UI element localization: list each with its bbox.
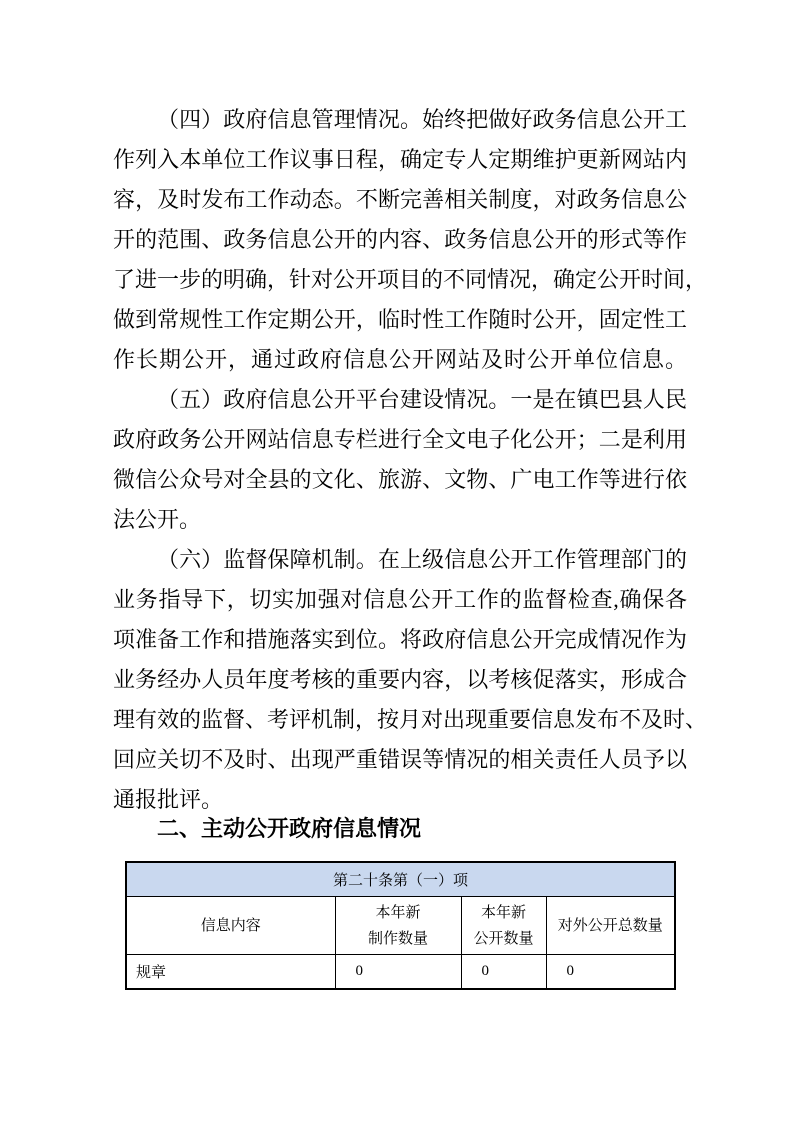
table-cell-value: 0 bbox=[461, 955, 546, 990]
table-cell-value: 0 bbox=[546, 955, 675, 990]
paragraph-5-line: 政府政务公开网站信息专栏进行全文电子化公开；二是利用 bbox=[113, 420, 687, 460]
paragraph-5-line: 微信公众号对全县的文化、旅游、文物、广电工作等进行依 bbox=[113, 460, 687, 500]
paragraph-4-line: 开的范围、政务信息公开的内容、政务信息公开的形式等作 bbox=[113, 220, 687, 260]
disclosure-table: 第二十条第（一）项 信息内容 本年新 制作数量 本年新 公开数量 对外公开总数量… bbox=[125, 861, 676, 990]
paragraph-4-line: 作长期公开，通过政府信息公开网站及时公开单位信息。 bbox=[113, 340, 687, 380]
paragraph-4-line: 做到常规性工作定期公开，临时性工作随时公开，固定性工 bbox=[113, 300, 687, 340]
paragraph-4-line: 作列入本单位工作议事日程，确定专人定期维护更新网站内 bbox=[113, 140, 687, 180]
paragraph-6-line: 理有效的监督、考评机制，按月对出现重要信息发布不及时、 bbox=[113, 700, 687, 740]
table-row: 规章 0 0 0 bbox=[126, 955, 675, 990]
paragraph-6-line: 项准备工作和措施落实到位。将政府信息公开完成情况作为 bbox=[113, 620, 687, 660]
table-title-row: 第二十条第（一）项 bbox=[126, 862, 675, 897]
paragraph-5-line: （五）政府信息公开平台建设情况。一是在镇巴县人民 bbox=[113, 380, 687, 420]
column-header-info-content: 信息内容 bbox=[126, 897, 335, 955]
document-body: （四）政府信息管理情况。始终把做好政务信息公开工 作列入本单位工作议事日程，确定… bbox=[113, 100, 687, 820]
paragraph-4-line: 容，及时发布工作动态。不断完善相关制度，对政务信息公 bbox=[113, 180, 687, 220]
column-header-total-published: 对外公开总数量 bbox=[546, 897, 675, 955]
table-title: 第二十条第（一）项 bbox=[126, 862, 675, 897]
column-header-new-published: 本年新 公开数量 bbox=[461, 897, 546, 955]
table-cell-category: 规章 bbox=[126, 955, 335, 990]
section-heading: 二、主动公开政府信息情况 bbox=[157, 814, 421, 844]
paragraph-4-line: 了进一步的明确，针对公开项目的不同情况，确定公开时间， bbox=[113, 260, 687, 300]
document-page: （四）政府信息管理情况。始终把做好政务信息公开工 作列入本单位工作议事日程，确定… bbox=[0, 0, 793, 1122]
column-header-new-made: 本年新 制作数量 bbox=[335, 897, 461, 955]
paragraph-5-line: 法公开。 bbox=[113, 500, 687, 540]
paragraph-6-line: 业务经办人员年度考核的重要内容，以考核促落实，形成合 bbox=[113, 660, 687, 700]
paragraph-6-line: 业务指导下，切实加强对信息公开工作的监督检查,确保各 bbox=[113, 580, 687, 620]
paragraph-6-line: 回应关切不及时、出现严重错误等情况的相关责任人员予以 bbox=[113, 740, 687, 780]
table-header-row: 信息内容 本年新 制作数量 本年新 公开数量 对外公开总数量 bbox=[126, 897, 675, 955]
paragraph-6-line: （六）监督保障机制。在上级信息公开工作管理部门的 bbox=[113, 540, 687, 580]
table-cell-value: 0 bbox=[335, 955, 461, 990]
paragraph-4-line: （四）政府信息管理情况。始终把做好政务信息公开工 bbox=[113, 100, 687, 140]
